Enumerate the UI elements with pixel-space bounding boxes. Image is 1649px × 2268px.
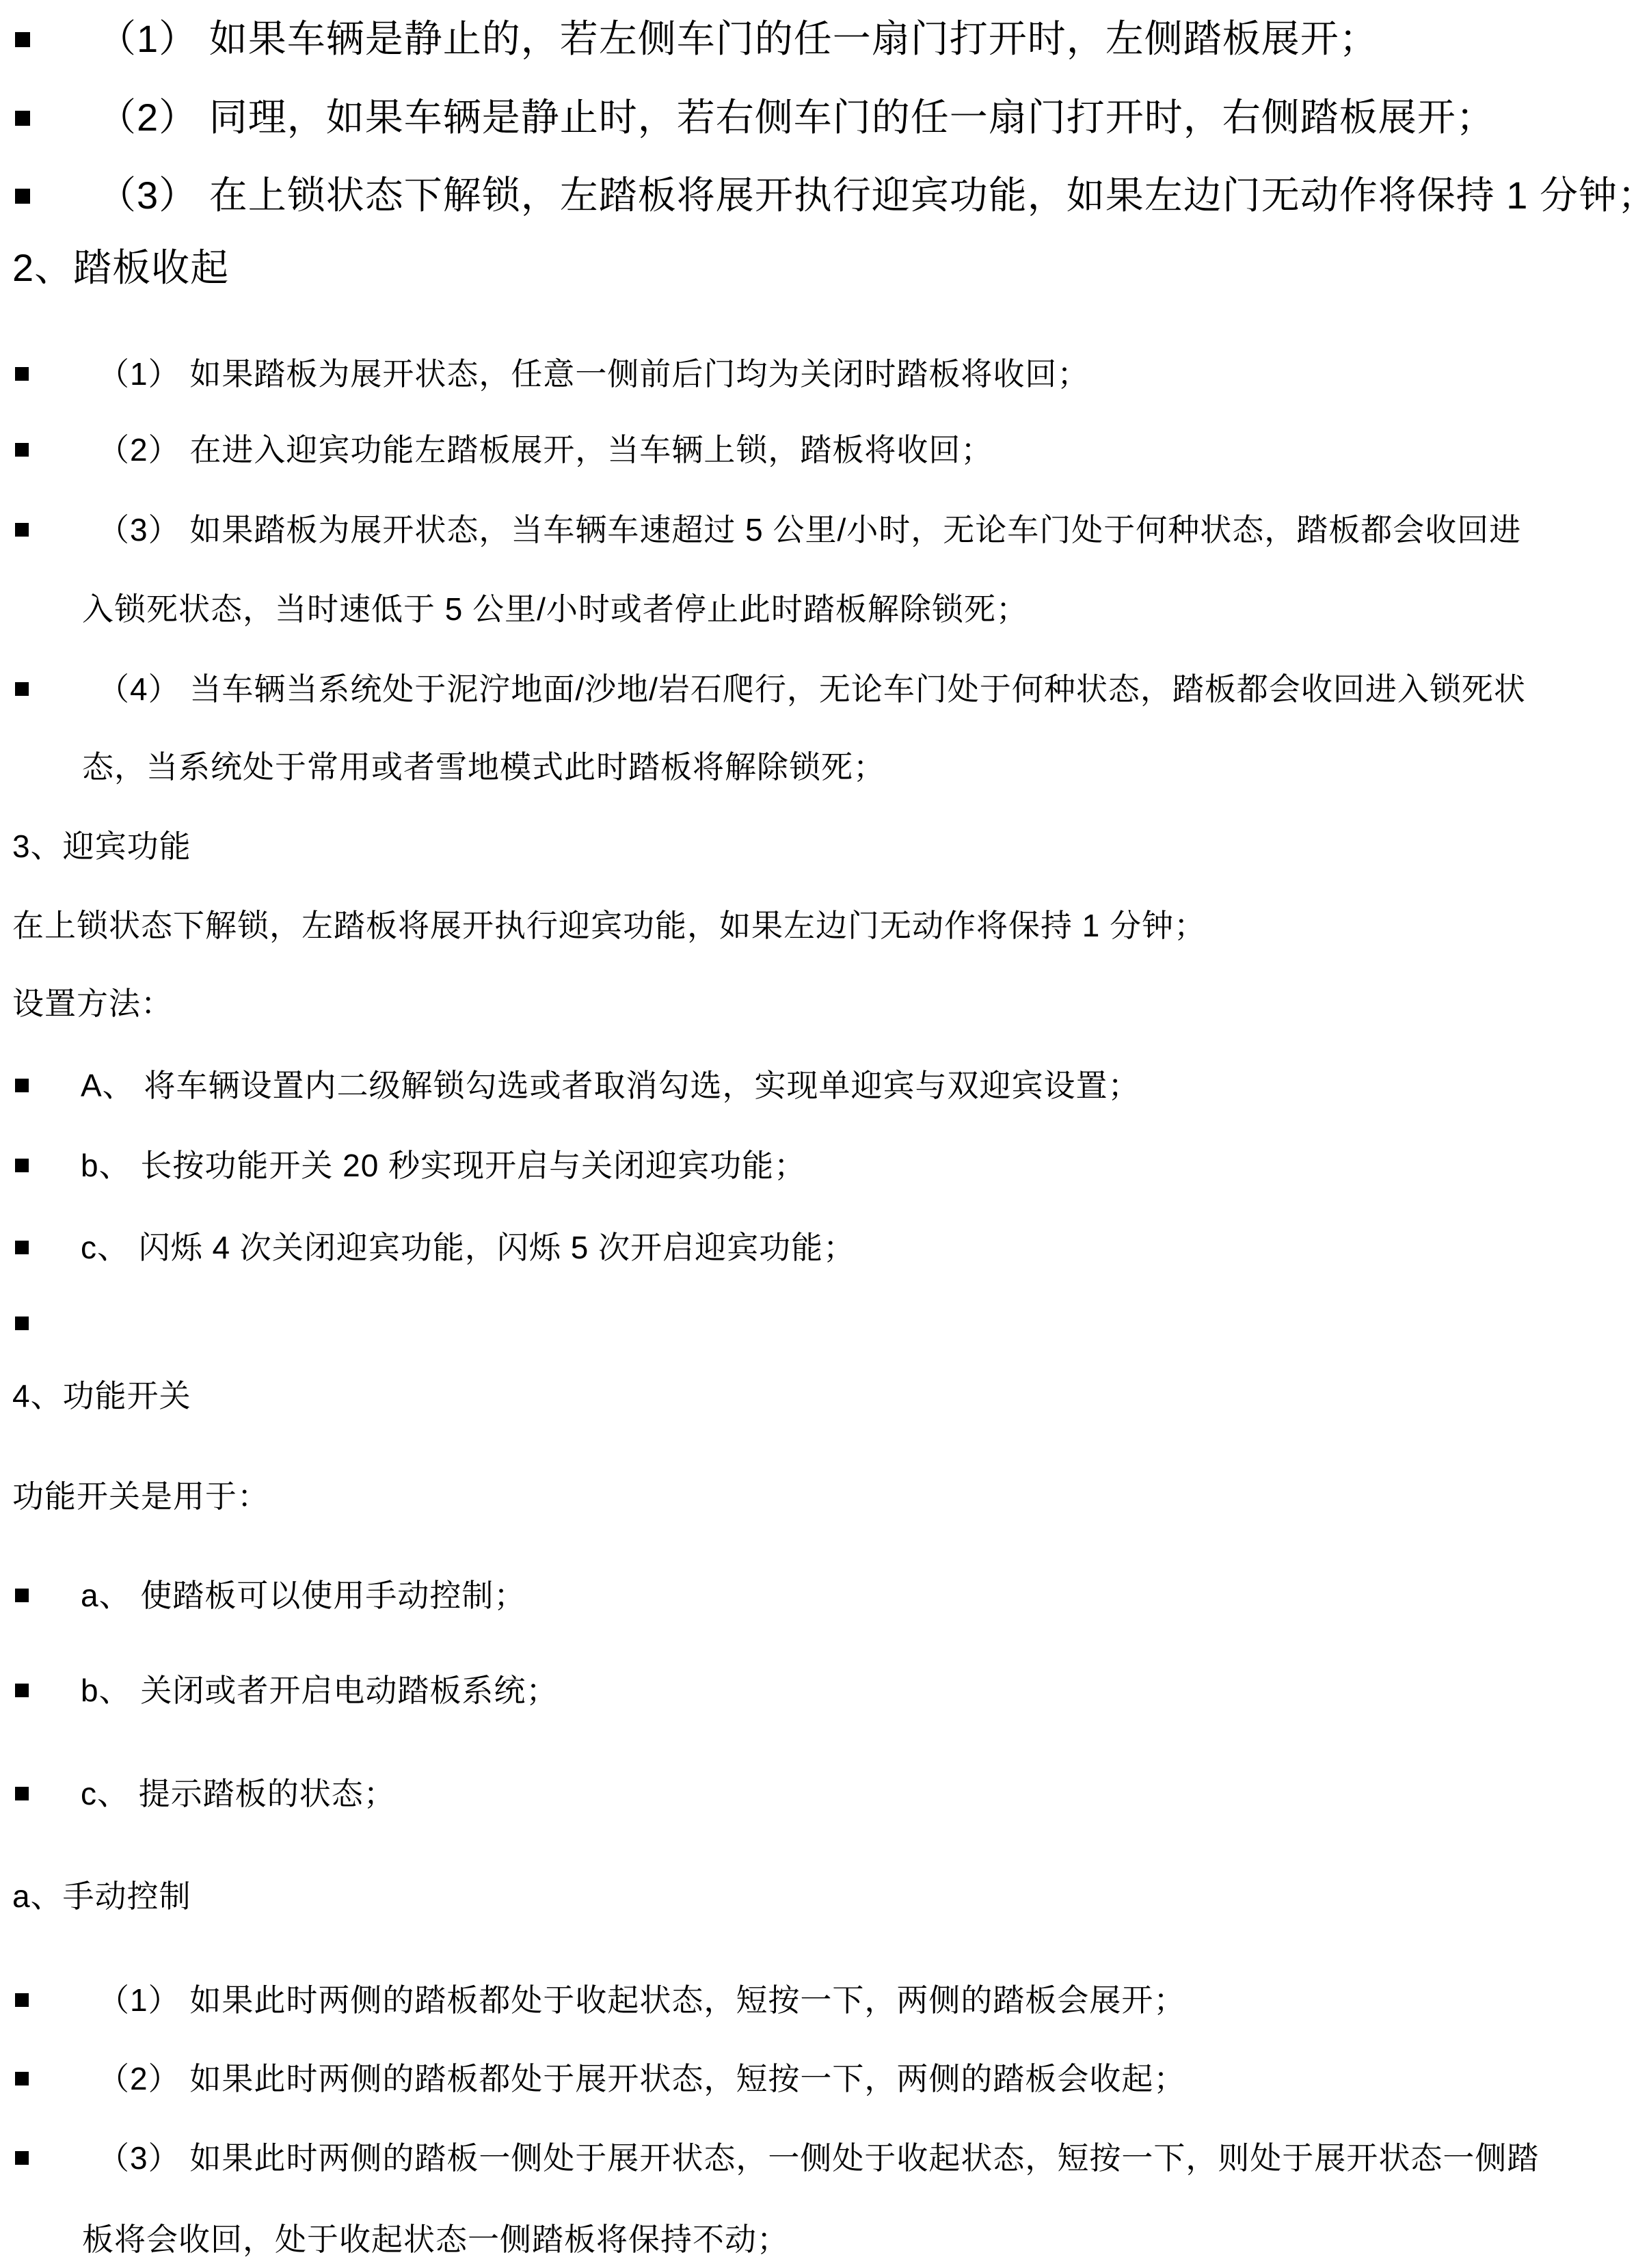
list-item-continuation: 板将会收回，处于收起状态一侧踏板将保持不动； [0, 2219, 1649, 2259]
list-item-text: A、 将车辆设置内二级解锁勾选或者取消勾选，实现单迎宾与双迎宾设置； [81, 1066, 1140, 1105]
list-item-text: c、 闪烁 4 次关闭迎宾功能，闪烁 5 次开启迎宾功能； [81, 1228, 855, 1267]
list-item: （2） 在进入迎宾功能左踏板展开，当车辆上锁，踏板将收回； [0, 430, 1649, 470]
list-item-text: （2） 在进入迎宾功能左踏板展开，当车辆上锁，踏板将收回； [98, 430, 993, 470]
list-item: c、 闪烁 4 次关闭迎宾功能，闪烁 5 次开启迎宾功能； [0, 1228, 1649, 1267]
list-item-text: b、 长按功能开关 20 秒实现开启与关闭迎宾功能； [81, 1146, 806, 1185]
list-item-text: （3） 如果此时两侧的踏板一侧处于展开状态，一侧处于收起状态，短按一下，则处于展… [98, 2138, 1539, 2178]
list-item-text: 入锁死状态，当时速低于 5 公里/小时或者停止此时踏板解除锁死； [82, 589, 1028, 629]
list-item-text: （1） 如果此时两侧的踏板都处于收起状态，短按一下，两侧的踏板会展开； [98, 1980, 1185, 2020]
list-item-text: （1） 如果车辆是静止的，若左侧车门的任一扇门打开时，左侧踏板展开； [98, 15, 1378, 63]
list-item-text: （3） 如果踏板为展开状态，当车辆车速超过 5 公里/小时，无论车门处于何种状态… [98, 510, 1521, 550]
list-item-text: 板将会收回，处于收起状态一侧踏板将保持不动； [82, 2219, 789, 2259]
section-heading: 2、踏板收起 [0, 244, 1649, 292]
square-bullet-icon [15, 32, 30, 47]
list-item: a、 使踏板可以使用手动控制； [0, 1576, 1649, 1615]
list-item: b、 关闭或者开启电动踏板系统； [0, 1671, 1649, 1710]
list-item-text: c、 提示踏板的状态； [81, 1774, 396, 1813]
list-item: A、 将车辆设置内二级解锁勾选或者取消勾选，实现单迎宾与双迎宾设置； [0, 1066, 1649, 1105]
list-item-text: （1） 如果踏板为展开状态，任意一侧前后门均为关闭时踏板将收回； [98, 354, 1089, 394]
section-heading: 4、功能开关 [0, 1376, 1649, 1416]
list-item: b、 长按功能开关 20 秒实现开启与关闭迎宾功能； [0, 1146, 1649, 1185]
list-item-text: （4） 当车辆当系统处于泥泞地面/沙地/岩石爬行，无论车门处于何种状态，踏板都会… [98, 669, 1526, 709]
paragraph-text: 在上锁状态下解锁，左踏板将展开执行迎宾功能，如果左边门无动作将保持 1 分钟； [12, 906, 1206, 945]
paragraph: 设置方法： [0, 984, 1649, 1023]
list-item: （3） 在上锁状态下解锁，左踏板将展开执行迎宾功能，如果左边门无动作将保持 1 … [0, 172, 1649, 219]
list-item-text: （2） 如果此时两侧的踏板都处于展开状态，短按一下，两侧的踏板会收起； [98, 2059, 1185, 2098]
square-bullet-icon [15, 1241, 29, 1254]
list-item: （1） 如果踏板为展开状态，任意一侧前后门均为关闭时踏板将收回； [0, 354, 1649, 394]
paragraph-text: 设置方法： [12, 984, 173, 1023]
list-item-continuation: 入锁死状态，当时速低于 5 公里/小时或者停止此时踏板解除锁死； [0, 589, 1649, 629]
square-bullet-icon [15, 682, 29, 696]
list-item-text: （2） 同理，如果车辆是静止时，若右侧车门的任一扇门打开时，右侧踏板展开； [98, 94, 1495, 141]
square-bullet-icon [15, 1317, 29, 1330]
document-page: （1） 如果车辆是静止的，若左侧车门的任一扇门打开时，左侧踏板展开； （2） 同… [0, 0, 1649, 2268]
square-bullet-icon [15, 1589, 29, 1602]
paragraph: 在上锁状态下解锁，左踏板将展开执行迎宾功能，如果左边门无动作将保持 1 分钟； [0, 906, 1649, 945]
list-item-text: b、 关闭或者开启电动踏板系统； [81, 1671, 558, 1710]
square-bullet-icon [15, 2072, 29, 2085]
list-item-empty [0, 1312, 1649, 1352]
square-bullet-icon [15, 1159, 29, 1172]
square-bullet-icon [15, 443, 29, 457]
square-bullet-icon [15, 1993, 29, 2007]
sub-heading: a、手动控制 [0, 1876, 1649, 1916]
square-bullet-icon [15, 2151, 29, 2165]
list-item-text: a、 使踏板可以使用手动控制； [81, 1576, 526, 1615]
square-bullet-icon [15, 1684, 29, 1697]
list-item: （4） 当车辆当系统处于泥泞地面/沙地/岩石爬行，无论车门处于何种状态，踏板都会… [0, 669, 1649, 709]
paragraph-text: 功能开关是用于： [12, 1476, 269, 1516]
section-heading: 3、迎宾功能 [0, 826, 1649, 866]
list-item: c、 提示踏板的状态； [0, 1774, 1649, 1813]
square-bullet-icon [15, 111, 30, 126]
square-bullet-icon [15, 1079, 29, 1092]
list-item-text: 态，当系统处于常用或者雪地模式此时踏板将解除锁死； [82, 747, 885, 787]
heading-text: 4、功能开关 [12, 1376, 191, 1416]
list-item: （2） 如果此时两侧的踏板都处于展开状态，短按一下，两侧的踏板会收起； [0, 2059, 1649, 2098]
list-item: （1） 如果车辆是静止的，若左侧车门的任一扇门打开时，左侧踏板展开； [0, 15, 1649, 63]
list-item-continuation: 态，当系统处于常用或者雪地模式此时踏板将解除锁死； [0, 747, 1649, 787]
list-item: （2） 同理，如果车辆是静止时，若右侧车门的任一扇门打开时，右侧踏板展开； [0, 94, 1649, 141]
list-item: （3） 如果踏板为展开状态，当车辆车速超过 5 公里/小时，无论车门处于何种状态… [0, 510, 1649, 550]
paragraph: 功能开关是用于： [0, 1476, 1649, 1516]
square-bullet-icon [15, 367, 29, 381]
heading-text: 2、踏板收起 [12, 244, 229, 292]
square-bullet-icon [15, 523, 29, 537]
list-item: （3） 如果此时两侧的踏板一侧处于展开状态，一侧处于收起状态，短按一下，则处于展… [0, 2138, 1649, 2178]
list-item-text: （3） 在上锁状态下解锁，左踏板将展开执行迎宾功能，如果左边门无动作将保持 1 … [98, 172, 1649, 219]
list-item: （1） 如果此时两侧的踏板都处于收起状态，短按一下，两侧的踏板会展开； [0, 1980, 1649, 2020]
heading-text: a、手动控制 [12, 1876, 191, 1916]
square-bullet-icon [15, 1787, 29, 1800]
square-bullet-icon [15, 189, 30, 204]
heading-text: 3、迎宾功能 [12, 826, 191, 866]
